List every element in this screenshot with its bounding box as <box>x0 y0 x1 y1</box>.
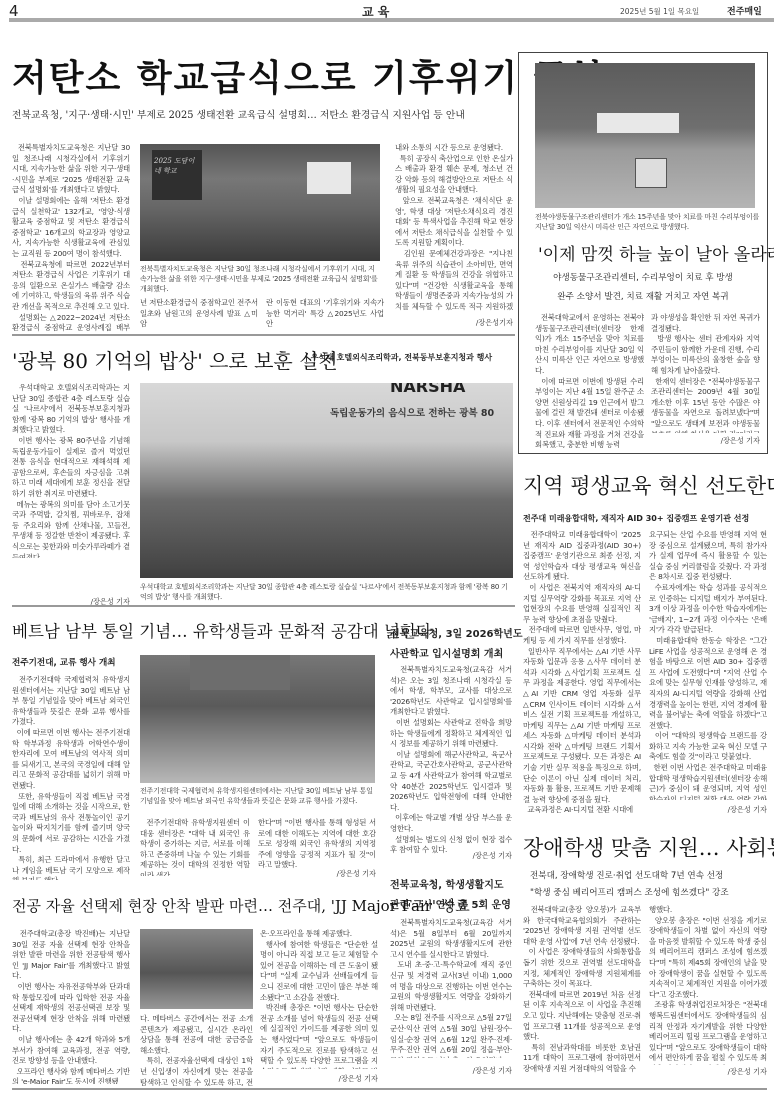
article8-col2: 다. 메타버스 공간에서는 전공 소개 콘텐츠가 제공됐고, 실시간 온라인 상… <box>140 1014 253 1086</box>
divider <box>12 334 515 336</box>
article7-body: 전북특별자치도교육청(교육감 서거석)은 5월 8일부터 6월 20일까지 20… <box>390 918 512 1058</box>
article1-photo: 2025 도담이네 학교 <box>140 144 380 261</box>
article8-byline: /장은성 기자 <box>260 1074 378 1084</box>
article4-col2: 요구되는 산업 수요를 반영해 지역 현장 중심으로 설계됐으며, 특히 참가자… <box>649 530 767 800</box>
article2-sub1: 야생동물구조관리센터, 수리부엉이 치료 후 방생 <box>538 271 748 283</box>
divider <box>12 605 515 607</box>
article6-headline-1: 전북교육청, 3일 2026학년도 <box>390 625 523 640</box>
article1-subheadline: 전북교육청, '지구·생태·시민' 부제로 2025 생태전환 교육급식 설명회… <box>12 107 465 121</box>
article1-byline: /장은성기자 <box>395 318 513 328</box>
article4-headline: 지역 평생교육 혁신 선도한다 <box>523 470 774 500</box>
article3-photo-caption: 우석대학교 호텔외식조리학과는 지난달 30일 종합관 4층 레스토랑 실습실 … <box>140 582 513 602</box>
article2-col1: 전북대학교에서 운영하는 전북야생동물구조관리센터(센터장 한재익)가 개소 1… <box>535 313 644 448</box>
article9-col2: 행했다. 양오봉 총장은 "이번 선정을 계기로 장애학생들이 차별 없이 자신… <box>649 905 767 1065</box>
article3-col1: 우석대학교 호텔외식조리학과는 지난달 30일 종합관 4층 레스토랑 실습실 … <box>12 383 130 558</box>
article3-photo: NARSHA 독립운동가의 음식으로 전하는 광복 80 <box>140 383 513 578</box>
article8-headline: 전공 자율 선택제 현장 안착 발판 마련… 전주대, 'JJ Major Fa… <box>12 895 470 916</box>
article3-sign: NARSHA <box>390 383 465 396</box>
article2-byline: /장은성 기자 <box>651 436 760 446</box>
article1-col3-tail: 란 이동현 대표의 '기후위기와 지속가능한 먹거리' 특강 △2025년도 사… <box>266 298 384 330</box>
article2-photo-caption: 전북야생동물구조관리센터가 개소 15주년을 맞아 치료를 마친 수리부엉이를 … <box>535 212 761 232</box>
article5-byline: /장은성 기자 <box>258 869 376 879</box>
article7-headline-1: 전북교육청, 학생생활지도 <box>390 876 504 891</box>
article8-photo <box>140 929 253 1009</box>
article5-col1: 전주기전대학 국제협력처 유학생지원센터에서는 지난달 30일 베트남 남부 통… <box>12 675 130 880</box>
article5-col3: 한다"며 "이번 행사를 통해 형성된 서로에 대한 이해도는 지역에 대한 호… <box>258 818 376 876</box>
article6-body: 전북특별자치도교육청(교육감 서거석)은 오는 3일 청조나래 시청각실 등에서… <box>390 665 512 865</box>
article2-photo <box>535 63 755 208</box>
article1-col1: 전북특별자치도교육청은 지난달 30일 청조나래 시청각실에서 기후위기 시대,… <box>12 143 130 333</box>
article9-sub2: "학생 중심 베리어프리 캠퍼스 조성에 힘쓰겠다" 강조 <box>530 886 729 898</box>
article6-byline: /장은성 기자 <box>390 851 512 861</box>
article5-col2: 전주기전대학 유학생지원센터 이대웅 센터장은 "대학 내 외국인 유학생이 증… <box>140 818 250 876</box>
article3-headline: '광복 80 기억의 밥상' 으로 보훈 실천 <box>12 345 338 374</box>
article2-headline: '이제 맘껏 하늘 높이 날아 올라라' <box>538 240 774 265</box>
article8-col1: 전주대학교(총장 박진배)는 지난달 30일 전공 자율 선택제 현장 안착을 … <box>12 929 130 1084</box>
article5-subheadline: 전주기전대, 교류 행사 개최 <box>12 656 116 668</box>
article4-col1: 전주대학교 미래융합대학이 '2025년 재직자 AID 집중과정(AID 30… <box>523 530 641 813</box>
masthead-rule <box>9 18 774 22</box>
issue-date: 2025년 5월 1일 목요일 <box>620 6 699 17</box>
article9-sub1: 전북대, 장애학생 진로·취업 선도대학 7년 연속 선정 <box>530 869 723 881</box>
article2-banner <box>597 113 679 133</box>
article5-photo-caption: 전주기전대학 국제협력처 유학생지원센터에서는 지난달 30일 베트남 남부 통… <box>140 786 375 806</box>
footer-rule <box>12 1088 767 1090</box>
paper-logo: 전주매일 <box>727 4 762 17</box>
article6-headline-2: 사관학교 입시설명회 개최 <box>390 645 503 660</box>
article4-byline: /장은성 기자 <box>649 805 767 815</box>
flag-icon <box>190 655 290 690</box>
article1-photo-caption: 전북특별자치도교육청은 지난달 30일 청조나래 시청각실에서 기후위기 시대,… <box>140 264 380 294</box>
article1-col2-tail: 년 저탄소환경급식 중점학교인 전주서일초와 남원고의 운영사례 발표 △미암 <box>140 298 258 330</box>
article8-col3: 온·오프라인을 통해 제공했다. 행사에 참여한 학생들은 "단순한 설명이 아… <box>260 929 378 1069</box>
article1-photo-screen-text: 2025 도담이네 학교 <box>154 156 200 176</box>
article9-byline: /장은성 기자 <box>649 1067 767 1077</box>
article9-headline: 장애학생 맞춤 지원… 사회통합 도모 <box>523 832 774 862</box>
article1-col4: 내와 소통의 시간 등으로 운영됐다. 특히 공장식 축산업으로 인한 온실가스… <box>395 143 513 313</box>
article2-carrier <box>635 158 667 188</box>
article1-photo-projection <box>307 162 351 194</box>
article9-col1: 전북대학교(총장 양오봉)가 교육부와 한국대학교육협의회가 주관하는 '202… <box>523 905 641 1085</box>
article3-banner: 독립운동가의 음식으로 전하는 광복 80 <box>330 405 494 419</box>
article4-subheadline: 전주대 미래융합대학, 재직자 AID 30+ 집중캠프 운영기관 선정 <box>523 513 749 524</box>
article3-subheadline: | 우석대 호텔외식조리학과, 전북동부보훈지청과 행사 <box>305 352 492 363</box>
article5-headline: 베트남 남부 통일 기념… 유학생들과 문화적 공감대 넓힌다 <box>12 618 432 642</box>
article2-col2: 과 야생성을 확인한 뒤 자연 복귀가 결정됐다. 방생 행사는 센터 관계자와… <box>651 313 760 433</box>
article2-sub2: 완주 소양서 발견, 치료 재활 거치고 자연 복귀 <box>538 290 748 302</box>
article7-byline: /장은성 기자 <box>390 1066 512 1076</box>
article5-photo <box>140 655 375 783</box>
